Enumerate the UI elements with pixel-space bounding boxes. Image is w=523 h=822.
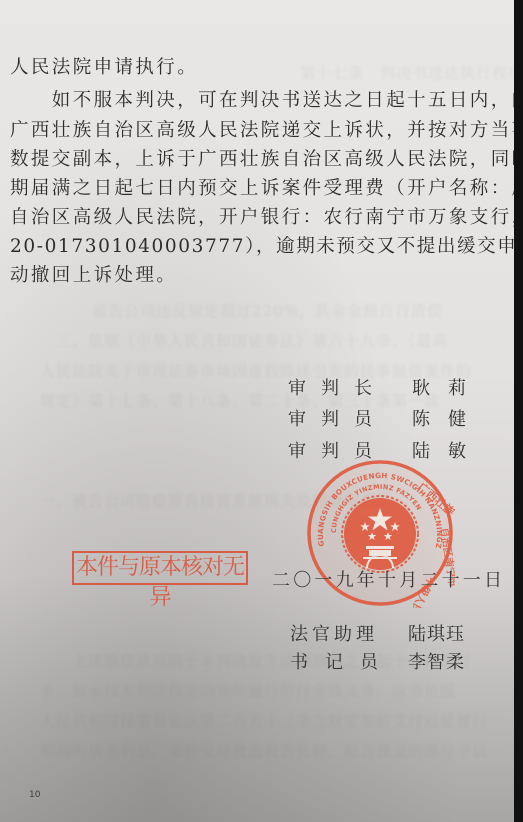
body-line: 广西壮族自治区高级人民法院递交上诉状，并按对方当事人的人: [10, 122, 514, 141]
certification-stamp: 本件与原本核对无异: [72, 551, 248, 585]
clerk-name: 李智柔: [408, 654, 465, 672]
body-line: 20-017301040003777），逾期未预交又不提出缓交申请的，则按自: [10, 238, 514, 257]
bleed-through-text: 期间的债务利息。案件受理费由被告负担，原告预交的部分予以: [40, 740, 488, 761]
clerk-row: 法官助理 陆琪珏: [0, 626, 514, 648]
page-number: 10: [29, 790, 40, 800]
body-line: 自治区高级人民法院，开户银行：农行南宁市万象支行，帐号：: [10, 209, 514, 228]
body-line: 动撤回上诉处理。: [10, 267, 177, 286]
bleed-through-text: 人民法院关于审理证券市场因虚假陈述引发的民事赔偿案件的: [40, 360, 472, 381]
judge-role: 审判员: [288, 411, 387, 429]
judge-row: 审判长 耿莉: [0, 380, 514, 402]
clerk-row: 书记员 李智柔: [0, 654, 514, 676]
body-line: 数提交副本，上诉于广西壮族自治区高级人民法院，同时在上诉: [10, 151, 514, 170]
body-line: 人民法院申请执行。: [10, 59, 198, 78]
bleed-through-text: 三、依据《中华人民共和国证券法》第六十九条、《最高: [40, 330, 449, 351]
clerk-role: 法官助理: [290, 626, 378, 644]
bleed-through-text: 第十七条 判决书送达执行程序依照有关规定: [300, 62, 514, 83]
judge-role: 审判长: [288, 380, 387, 398]
judge-name: 耿莉: [412, 380, 484, 398]
document-page: 第十七条 判决书送达执行程序依照有关规定 被告公司违反规定超过220%，其余金额…: [0, 0, 514, 822]
bleed-through-text: 人民共和国民事诉讼法第二百五十三条之规定加倍支付迟延履行: [40, 710, 488, 731]
judge-name: 陈健: [412, 411, 484, 429]
judgment-date: 二〇一九年十月二十一日: [272, 566, 505, 592]
bleed-through-text: 被告公司违反规定超过220%，其余金额自行清偿: [60, 300, 443, 321]
judge-row: 审判员 陈健: [0, 411, 514, 433]
body-line: 如不服本判决，可在判决书送达之日起十五日内，向本院或: [10, 92, 514, 111]
clerk-name: 陆琪珏: [408, 626, 465, 644]
body-line: 期届满之日起七日内预交上诉案件受理费（开户名称：广西壮族: [10, 180, 514, 199]
clerk-role: 书记员: [290, 654, 395, 672]
bleed-through-text: 半，如未按本判决指定的期间履行给付金钱义务，应当依照: [40, 680, 456, 701]
